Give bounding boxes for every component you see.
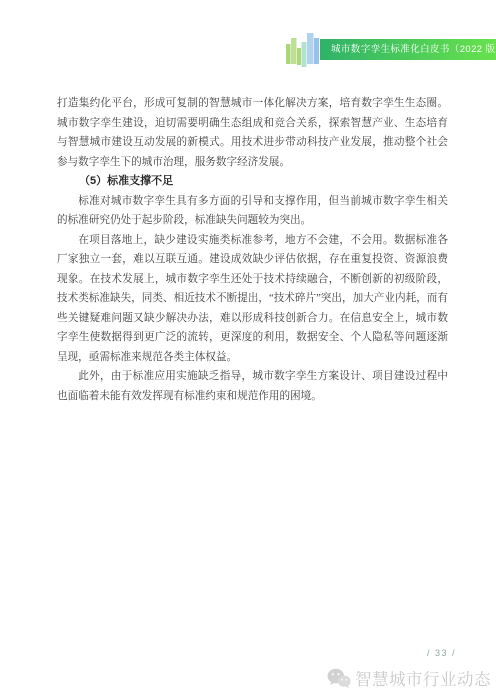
- paragraph: 此外，由于标准应用实施缺乏指导，城市数字孪生方案设计、项目建设过程中也面临着未能…: [57, 367, 448, 406]
- wechat-icon: [327, 668, 351, 689]
- section-heading: （5）标准支撑不足: [57, 172, 448, 192]
- watermark: 智慧城市行业动态: [327, 666, 491, 690]
- paragraph: 在项目落地上，缺少建设实施类标准参考，地方不会建，不会用。数据标准各厂家独立一套…: [57, 231, 448, 368]
- document-page: 城市数字孪生标准化白皮书（2022 版） 打造集约化平台，形成可复制的智慧城市一…: [0, 0, 496, 700]
- header-banner: 城市数字孪生标准化白皮书（2022 版）: [320, 39, 496, 60]
- watermark-text: 智慧城市行业动态: [355, 666, 491, 690]
- paragraph: 标准对城市数字孪生具有多方面的引导和支撑作用，但当前城市数字孪生相关的标准研究仍…: [57, 192, 448, 231]
- document-body: 打造集约化平台，形成可复制的智慧城市一体化解决方案，培育数字孪生生态圈。城市数字…: [57, 94, 448, 406]
- header-banner-title: 城市数字孪生标准化白皮书（2022 版）: [331, 44, 496, 55]
- page-number: / 33 /: [427, 648, 456, 658]
- city-buildings-logo-icon: [286, 31, 319, 68]
- paragraph-continuation: 打造集约化平台，形成可复制的智慧城市一体化解决方案，培育数字孪生生态圈。城市数字…: [57, 94, 448, 172]
